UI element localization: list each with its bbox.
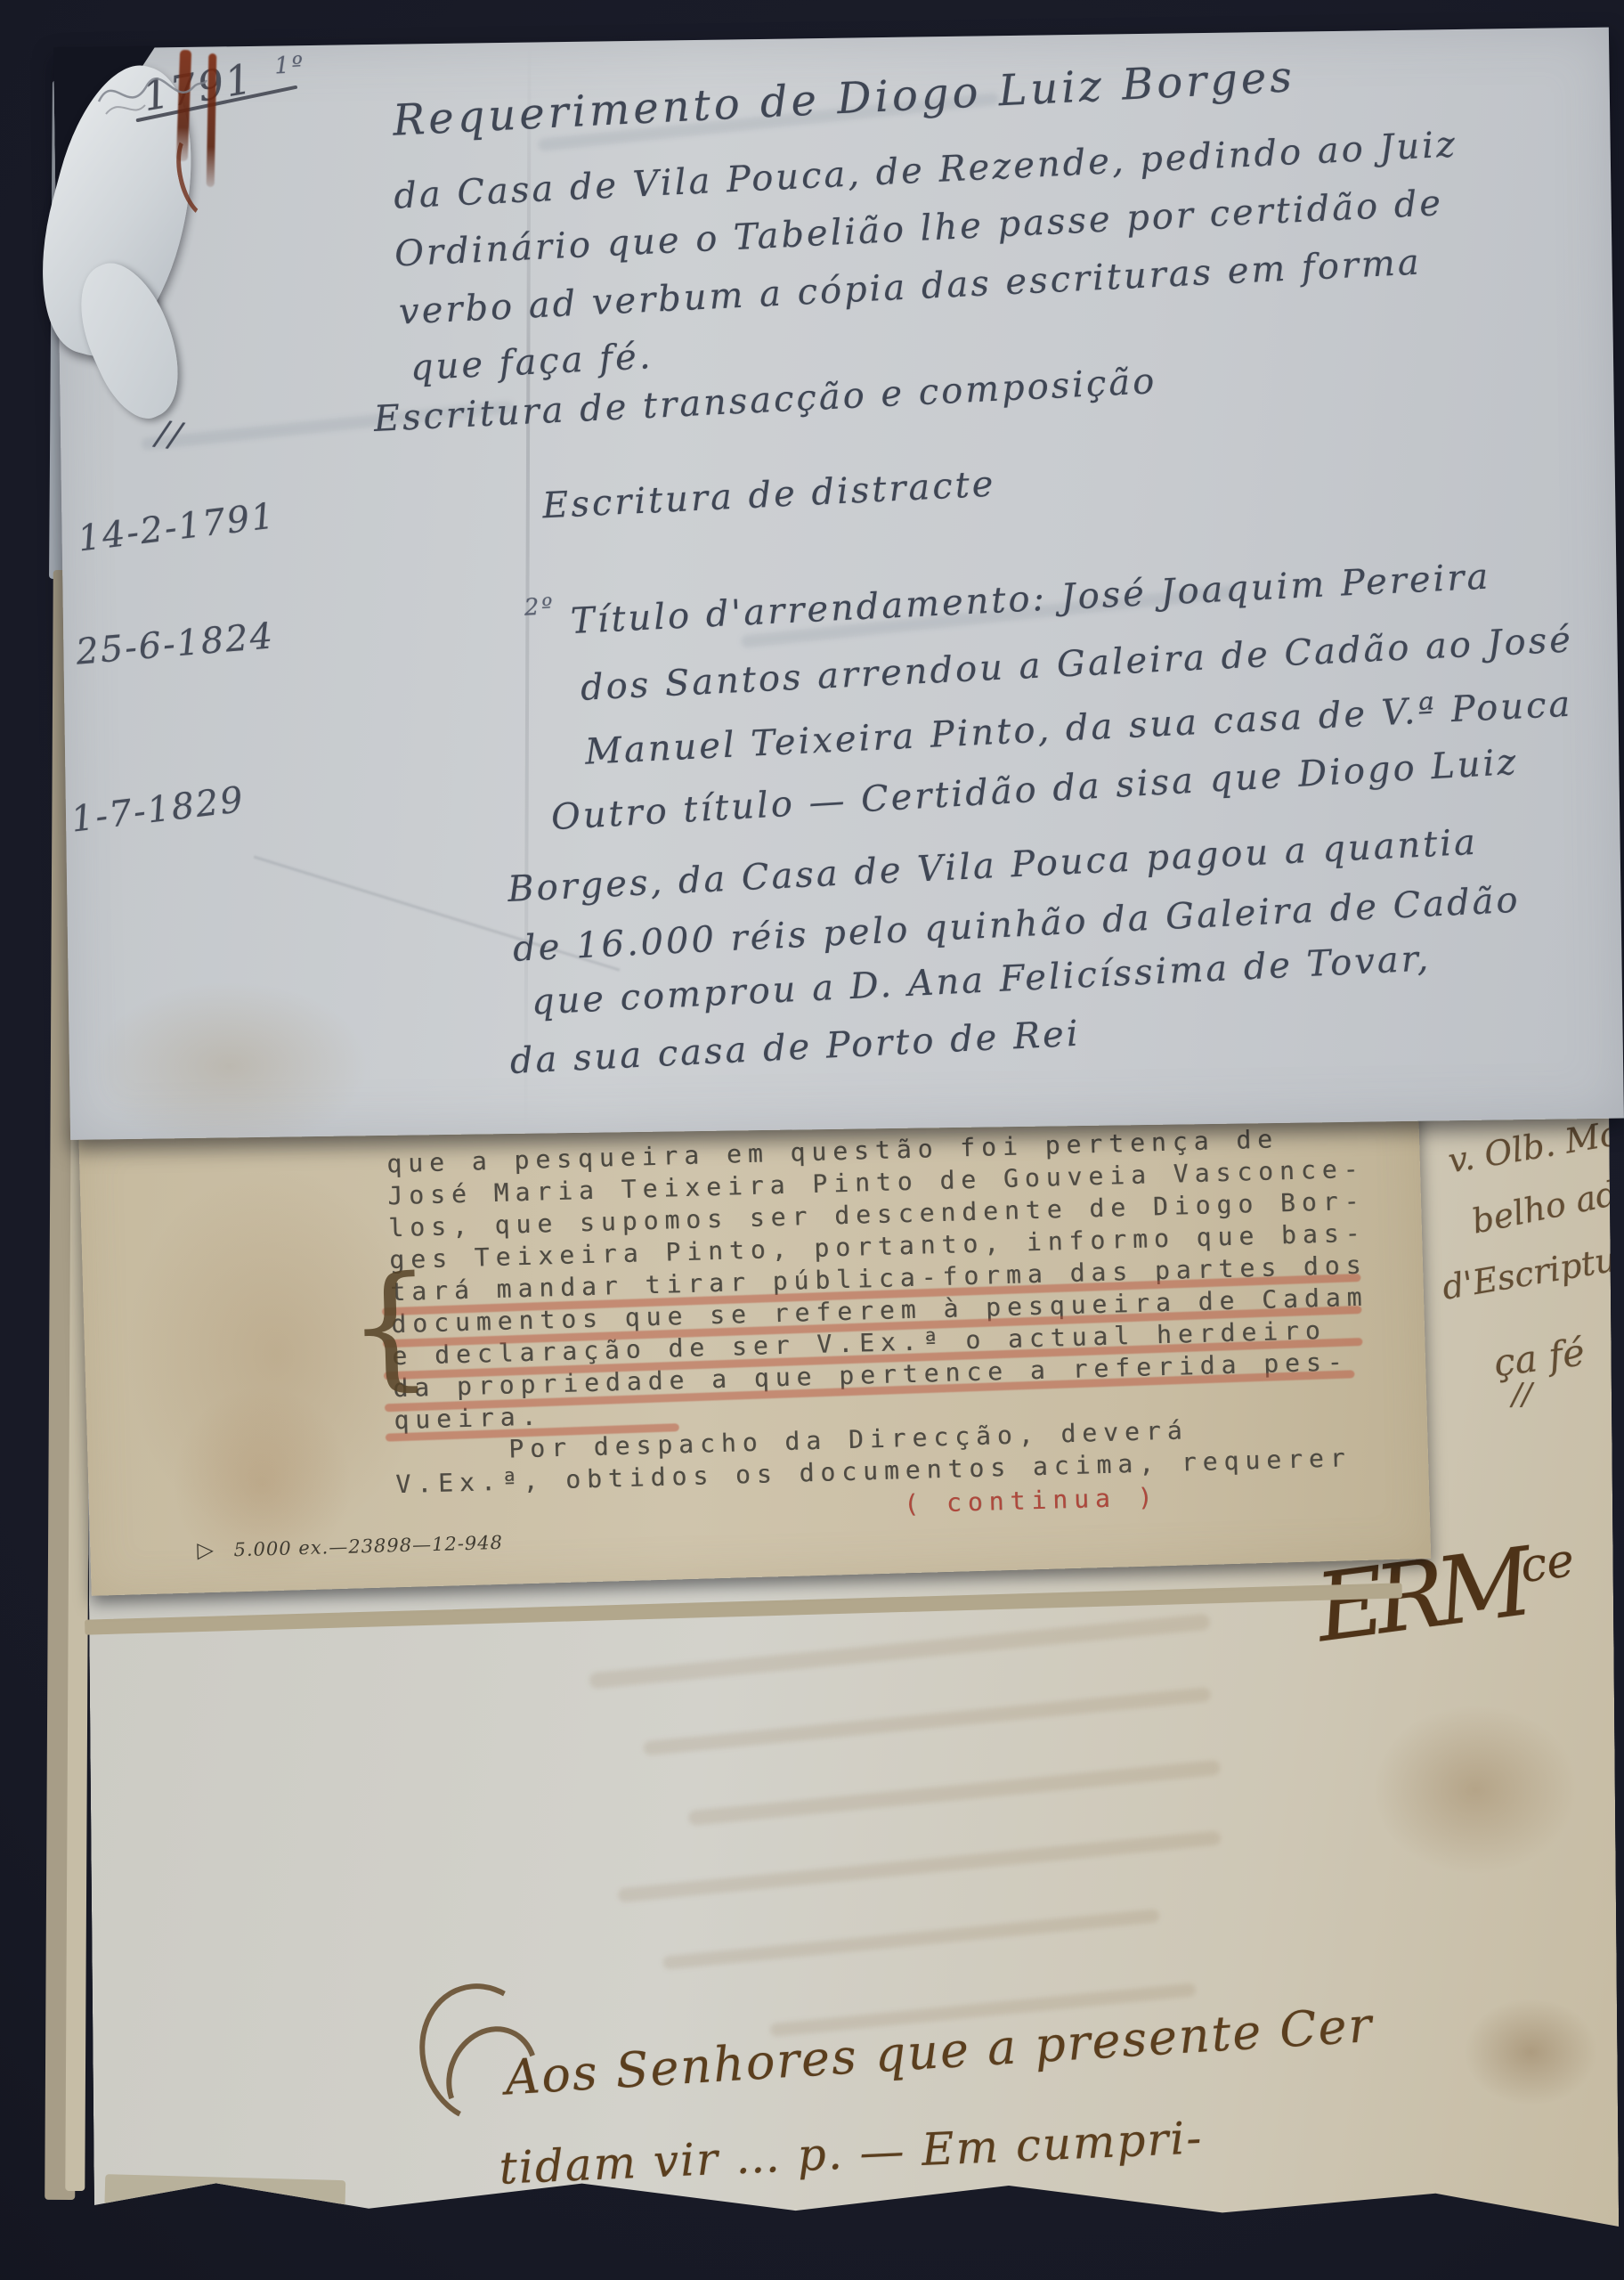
- brace-mark: {: [345, 1248, 434, 1405]
- bleed-line: [662, 1909, 1160, 1970]
- handwritten-line: que faça fé.: [410, 336, 654, 388]
- handwritten-line: Escritura de distracte: [541, 464, 996, 527]
- index-page: 1791 1º Requerimento de Diogo Luiz Borge…: [55, 28, 1624, 1140]
- print-mark-icon: ▷: [197, 1537, 215, 1563]
- stain: [91, 980, 369, 1152]
- stain: [1464, 1998, 1598, 2105]
- bleed-line: [687, 1760, 1221, 1826]
- torn-edge-sliver: [104, 2174, 345, 2214]
- handwritten-line: da sua casa de Porto de Rei: [509, 1014, 1082, 1082]
- continua-label: ( continua ): [904, 1482, 1159, 1519]
- handwritten-line: Requerimento de Diogo Luiz Borges: [392, 52, 1296, 146]
- stain: [1372, 1704, 1579, 1875]
- fragment-line: belho ad: [1468, 1174, 1620, 1242]
- script-line: tidam vir … p. — Em cumpri-: [499, 2112, 1205, 2194]
- imprint-text: 5.000 ex.—23898—12-948: [233, 1532, 503, 1560]
- typed-slip: que a pesqueira em questão foi pertença …: [78, 1087, 1431, 1596]
- entry-date: 25-6-1824: [75, 615, 276, 673]
- item-number: 1º: [274, 52, 306, 80]
- rubric-sup: ce: [1517, 1534, 1577, 1593]
- entry-date: 14-2-1791: [76, 495, 278, 559]
- fragment-line: //: [1512, 1377, 1532, 1413]
- entry-date: //: [154, 413, 185, 455]
- fragment-line: ça fé: [1491, 1330, 1587, 1385]
- bleed-line: [617, 1830, 1221, 1902]
- item-number: 2º: [524, 593, 556, 622]
- bleed-line: [643, 1687, 1212, 1755]
- imprint: ▷ 5.000 ex.—23898—12-948: [197, 1529, 503, 1563]
- fragment-line: v. Olb. Mo: [1445, 1113, 1622, 1181]
- photo-stage: v. Olb. Mo belho ad d'Escriptu ça fé // …: [0, 0, 1624, 2280]
- bleed-line: [589, 1614, 1211, 1690]
- pencil-scribble: [93, 61, 209, 132]
- entry-date: 1-7-1829: [69, 779, 247, 841]
- fragment-line: d'Escriptu: [1440, 1240, 1620, 1307]
